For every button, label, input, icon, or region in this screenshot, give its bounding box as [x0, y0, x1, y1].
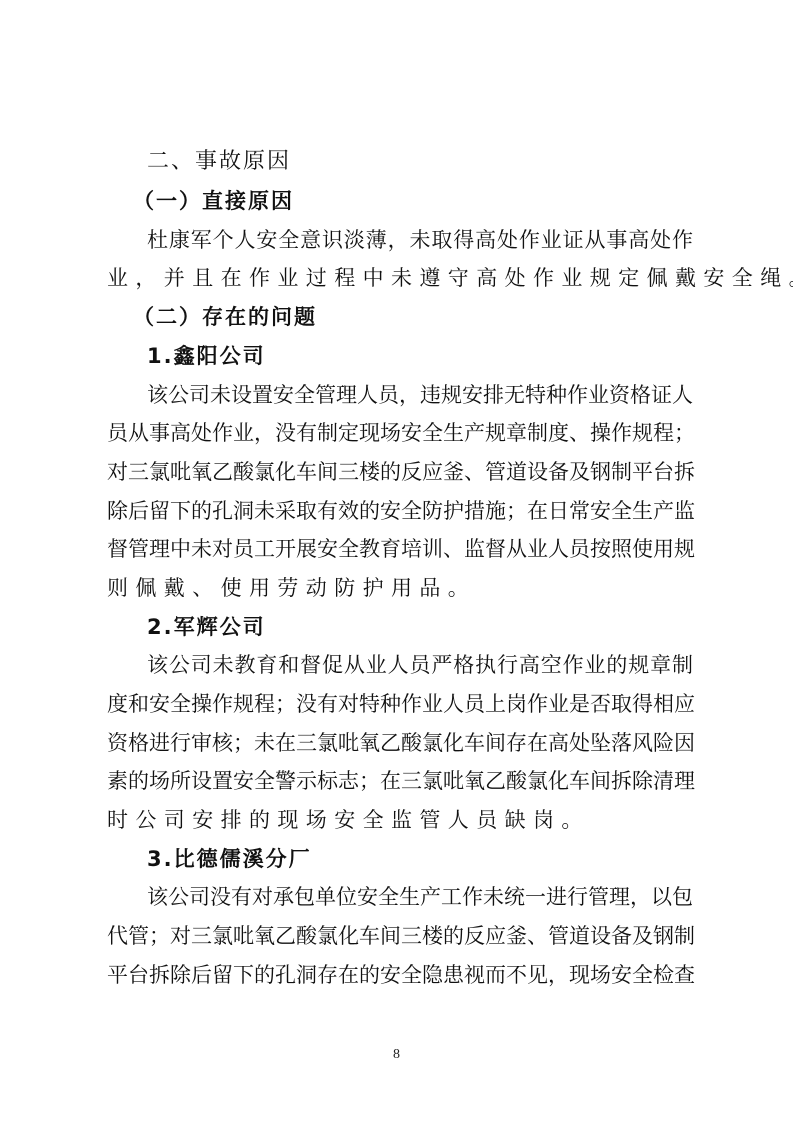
subsection-title-direct-cause: （一）直接原因 [133, 186, 679, 216]
paragraph-line: 员从事高处作业，没有制定现场安全生产规章制度、操作规程； [107, 418, 693, 448]
paragraph-line: 代管；对三氯吡氧乙酸氯化车间三楼的反应釜、管道设备及钢制 [107, 921, 693, 951]
item-title-bide-ruxi: 3.比德儒溪分厂 [147, 844, 693, 874]
page-number: 8 [0, 1047, 793, 1063]
paragraph-line: 则佩戴、使用劳动防护用品。 [107, 573, 693, 603]
subsection-title-problems: （二）存在的问题 [133, 302, 679, 332]
paragraph-line: 对三氯吡氧乙酸氯化车间三楼的反应釜、管道设备及钢制平台拆 [107, 457, 693, 487]
paragraph-line: 该公司未设置安全管理人员，违规安排无特种作业资格证人 [147, 380, 693, 410]
paragraph-line: 杜康军个人安全意识淡薄，未取得高处作业证从事高处作 [147, 225, 693, 255]
paragraph-line: 资格进行审核；未在三氯吡氧乙酸氯化车间存在高处坠落风险因 [107, 728, 693, 758]
paragraph-line: 平台拆除后留下的孔洞存在的安全隐患视而不见，现场安全检查 [107, 960, 693, 990]
paragraph-line: 督管理中未对员工开展安全教育培训、监督从业人员按照使用规 [107, 534, 693, 564]
paragraph-line: 除后留下的孔洞未采取有效的安全防护措施；在日常安全生产监 [107, 496, 693, 526]
paragraph-line: 素的场所设置安全警示标志；在三氯吡氧乙酸氯化车间拆除清理 [107, 766, 693, 796]
item-title-junhui: 2.军辉公司 [147, 612, 693, 642]
document-page: 二、事故原因 （一）直接原因 杜康军个人安全意识淡薄，未取得高处作业证从事高处作… [0, 0, 793, 1122]
paragraph-line: 业，并且在作业过程中未遵守高处作业规定佩戴安全绳。 [107, 263, 693, 293]
item-title-xinyang: 1.鑫阳公司 [147, 341, 693, 371]
section-title: 二、事故原因 [147, 147, 693, 177]
paragraph-line: 时公司安排的现场安全监管人员缺岗。 [107, 805, 693, 835]
paragraph-line: 度和安全操作规程；没有对特种作业人员上岗作业是否取得相应 [107, 689, 693, 719]
paragraph-line: 该公司没有对承包单位安全生产工作未统一进行管理，以包 [147, 882, 693, 912]
paragraph-line: 该公司未教育和督促从业人员严格执行高空作业的规章制 [147, 650, 693, 680]
